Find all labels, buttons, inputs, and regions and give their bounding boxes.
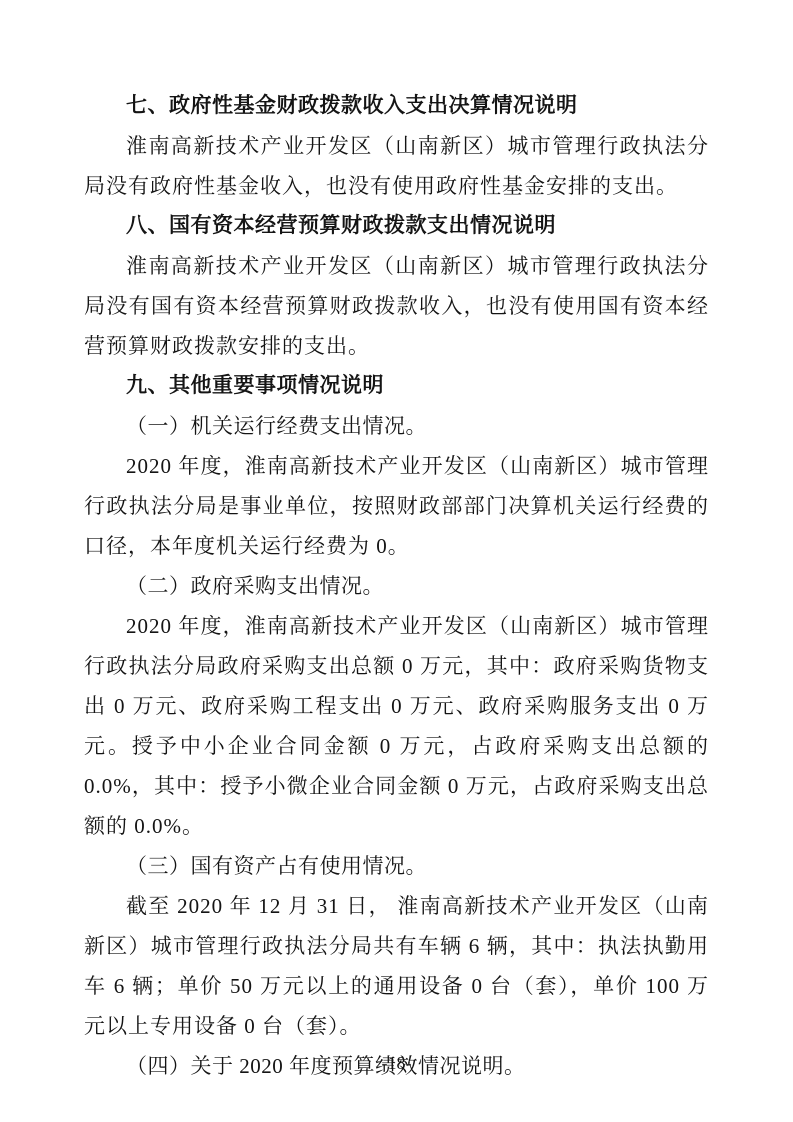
- subheading-9-3: （三）国有资产占有使用情况。: [84, 846, 709, 886]
- subsection-9-2-paragraph: 2020 年度，淮南高新技术产业开发区（山南新区）城市管理行政执法分局政府采购支…: [84, 606, 709, 846]
- section-heading-8: 八、国有资本经营预算财政拨款支出情况说明: [84, 206, 709, 246]
- page-number: -18-: [0, 1053, 793, 1074]
- document-page: 七、政府性基金财政拨款收入支出决算情况说明 淮南高新技术产业开发区（山南新区）城…: [0, 0, 793, 1122]
- section-heading-7: 七、政府性基金财政拨款收入支出决算情况说明: [84, 86, 709, 126]
- subsection-9-1-paragraph: 2020 年度，淮南高新技术产业开发区（山南新区）城市管理行政执法分局是事业单位…: [84, 446, 709, 566]
- subheading-9-1: （一）机关运行经费支出情况。: [84, 406, 709, 446]
- section-8-paragraph: 淮南高新技术产业开发区（山南新区）城市管理行政执法分局没有国有资本经营预算财政拨…: [84, 246, 709, 366]
- document-content: 七、政府性基金财政拨款收入支出决算情况说明 淮南高新技术产业开发区（山南新区）城…: [84, 86, 709, 1086]
- section-7-paragraph: 淮南高新技术产业开发区（山南新区）城市管理行政执法分局没有政府性基金收入，也没有…: [84, 126, 709, 206]
- subsection-9-3-paragraph: 截至 2020 年 12 月 31 日， 淮南高新技术产业开发区（山南新区）城市…: [84, 886, 709, 1046]
- section-heading-9: 九、其他重要事项情况说明: [84, 366, 709, 406]
- subheading-9-2: （二）政府采购支出情况。: [84, 566, 709, 606]
